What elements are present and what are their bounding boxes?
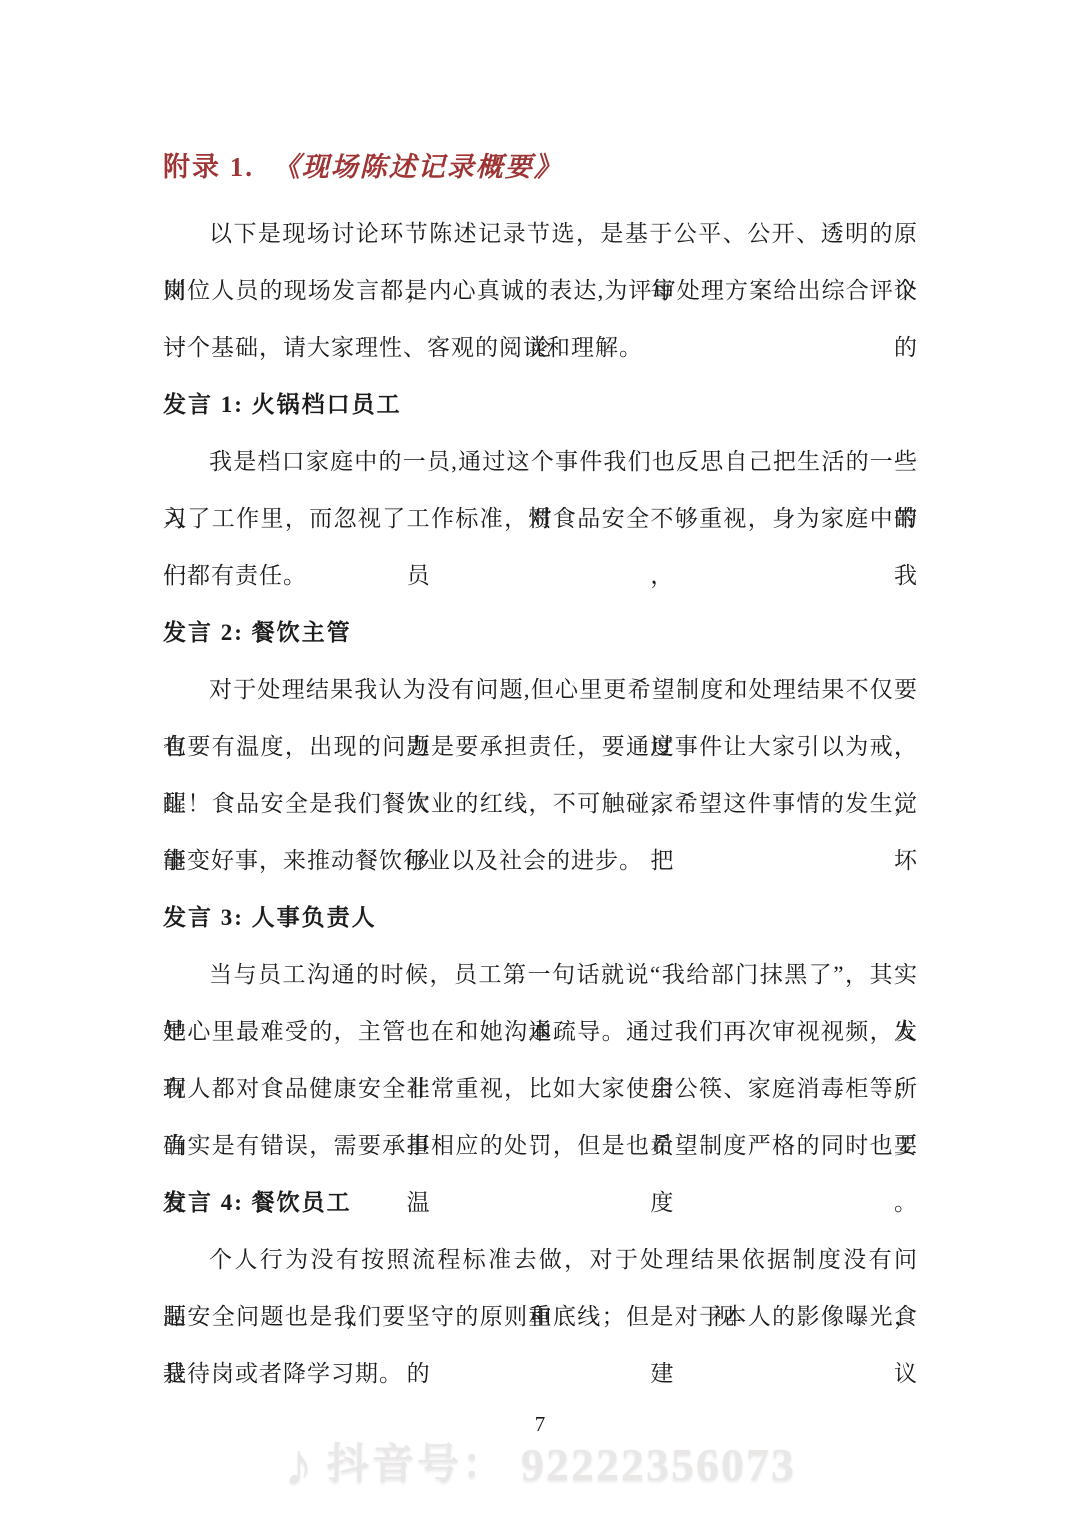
speech-4-line: 品安全问题也是我们要坚守的原则和底线；但是对于本人的影像曝光，我的建议 <box>163 1288 918 1345</box>
appendix-book-title: 《现场陈述记录概要》 <box>273 152 563 182</box>
appendix-number: 附录 1. <box>163 152 254 182</box>
speech-2-line: 对于处理结果我认为没有问题,但心里更希望制度和处理结果不仅要有力度， <box>163 661 918 718</box>
speech-4-line: 个人行为没有按照流程标准去做，对于处理结果依据制度没有问题，重视食 <box>163 1231 918 1288</box>
speech-2-line: 也要有温度，出现的问题是要承担责任，要通过事件让大家引以为戒，让大家觉 <box>163 718 918 775</box>
speech-3-line: 当与员工沟通的时候，员工第一句话就说“我给部门抹黑了”，其实她本人 <box>163 946 918 1003</box>
document-page: 附录 1. 《现场陈述记录概要》 以下是现场讨论环节陈述记录节选，是基于公平、公… <box>0 0 1080 1528</box>
intro-line: 岗位人员的现场发言都是内心真诚的表达,为评审处理方案给出综合评议讨论的 <box>163 262 918 319</box>
speech-1-line: 我是档口家庭中的一员,通过这个事件我们也反思自己把生活的一些习惯带 <box>163 433 918 490</box>
speech-3-line: 有人都对食品健康安全非常重视，比如大家使用公筷、家庭消毒柜等；当事员工 <box>163 1060 918 1117</box>
speech-1-line: 入了工作里，而忽视了工作标准，对食品安全不够重视，身为家庭中的一员，我 <box>163 490 918 547</box>
intro-line: 以下是现场讨论环节陈述记录节选，是基于公平、公开、透明的原则，每个 <box>163 205 918 262</box>
page-title: 附录 1. 《现场陈述记录概要》 <box>163 145 918 205</box>
speech-3-line: 是心里最难受的，主管也在和她沟通疏导。通过我们再次审视视频，发现社会所 <box>163 1003 918 1060</box>
watermark: ♪ 抖音号： 92222356073 <box>0 1436 1080 1494</box>
watermark-label: 抖音号： <box>327 1436 507 1494</box>
watermark-account-number: 92222356073 <box>521 1436 796 1494</box>
speech-2-line: 醒！食品安全是我们餐饮业的红线，不可触碰，希望这件事情的发生，能够把坏 <box>163 775 918 832</box>
speech-3-line: 确实是有错误，需要承担相应的处罚，但是也希望制度严格的同时也要有温度。 <box>163 1117 918 1174</box>
speech-2-heading: 发言 2: 餐饮主管 <box>163 604 918 661</box>
speech-1-heading: 发言 1: 火锅档口员工 <box>163 376 918 433</box>
speech-3-heading: 发言 3: 人事负责人 <box>163 889 918 946</box>
tiktok-note-icon: ♪ <box>284 1436 313 1494</box>
page-number: 7 <box>0 1412 1080 1437</box>
